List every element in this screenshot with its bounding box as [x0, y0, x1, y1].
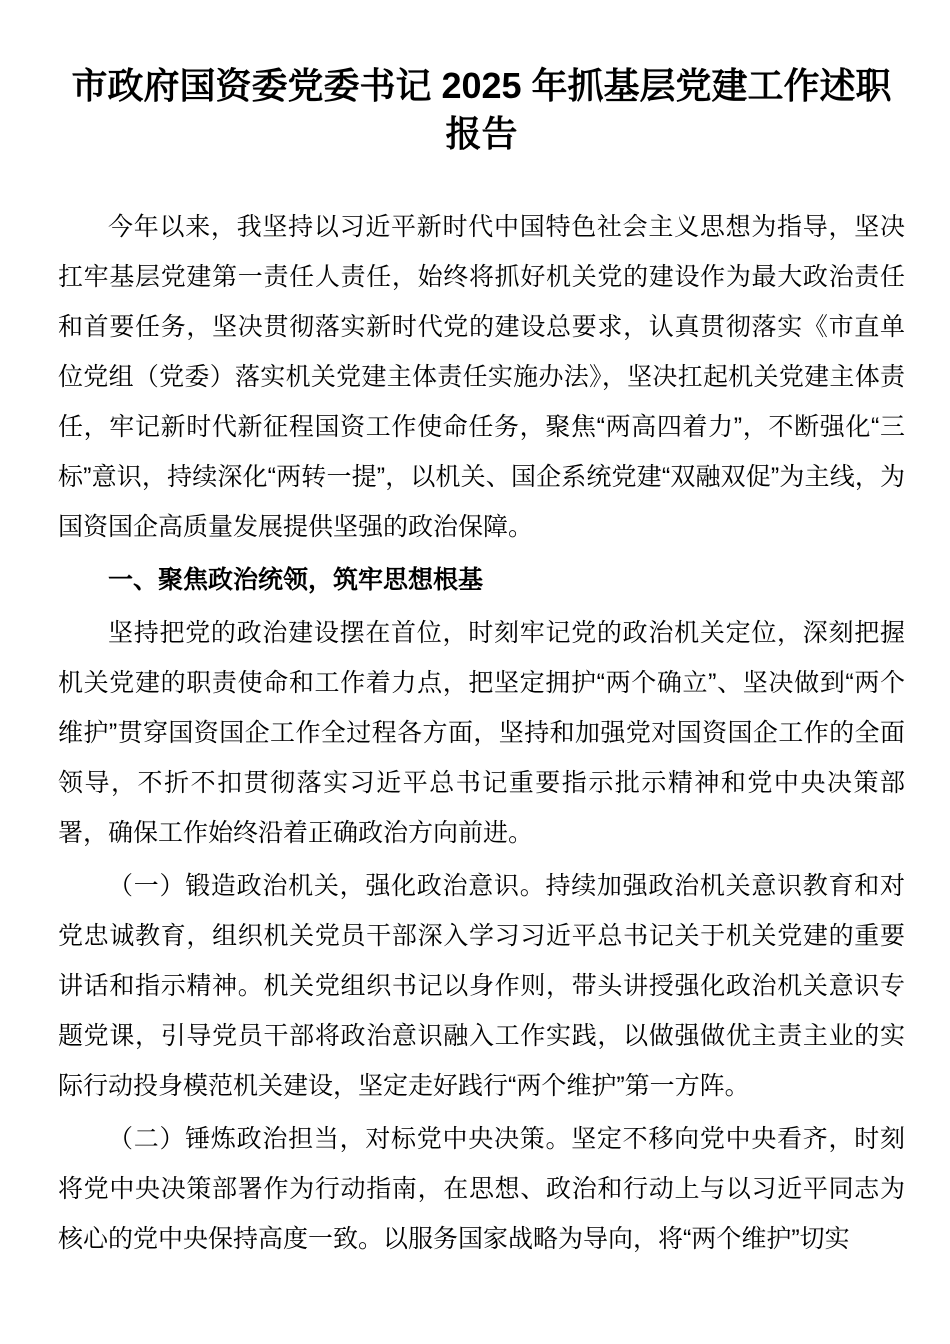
paragraph-subsection-1: （一）锻造政治机关，强化政治意识。持续加强政治机关意识教育和对党忠诚教育，组织机… — [58, 861, 905, 1111]
section-heading-1: 一、聚焦政治统领，筑牢思想根基 — [58, 555, 905, 605]
paragraph-intro: 今年以来，我坚持以习近平新时代中国特色社会主义思想为指导，坚决扛牢基层党建第一责… — [58, 202, 905, 552]
document-title: 市政府国资委党委书记 2025 年抓基层党建工作述职报告 — [58, 62, 905, 158]
paragraph-section1-body: 坚持把党的政治建设摆在首位，时刻牢记党的政治机关定位，深刻把握机关党建的职责使命… — [58, 608, 905, 858]
paragraph-subsection-2: （二）锤炼政治担当，对标党中央决策。坚定不移向党中央看齐，时刻将党中央决策部署作… — [58, 1114, 905, 1264]
document-page: 市政府国资委党委书记 2025 年抓基层党建工作述职报告 今年以来，我坚持以习近… — [0, 0, 950, 1344]
